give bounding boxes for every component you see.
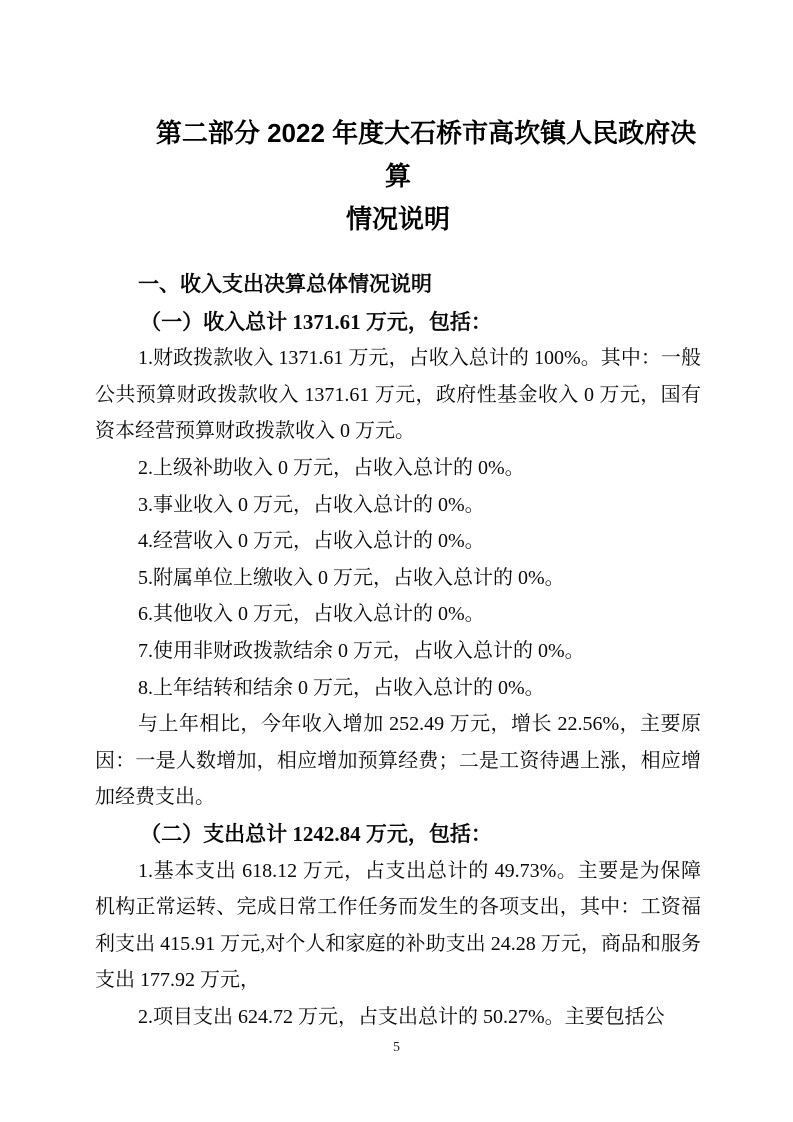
document-page: 第二部分 2022 年度大石桥市高坎镇人民政府决算 情况说明 一、收入支出决算总… xyxy=(0,0,793,1122)
paragraph-income-year-comparison: 与上年相比，今年收入增加 252.49 万元，增长 22.56%，主要原因：一是… xyxy=(95,706,701,816)
paragraph-income-item-2: 2.上级补助收入 0 万元，占收入总计的 0%。 xyxy=(95,450,701,487)
document-body: 一、收入支出决算总体情况说明 （一）收入总计 1371.61 万元，包括： 1.… xyxy=(95,267,701,1035)
paragraph-income-item-5: 5.附属单位上缴收入 0 万元，占收入总计的 0%。 xyxy=(95,560,701,597)
document-content: 第二部分 2022 年度大石桥市高坎镇人民政府决算 情况说明 一、收入支出决算总… xyxy=(95,112,701,1035)
paragraph-income-item-1: 1.财政拨款收入 1371.61 万元，占收入总计的 100%。其中：一般公共预… xyxy=(95,340,701,450)
paragraph-income-item-6: 6.其他收入 0 万元，占收入总计的 0%。 xyxy=(95,596,701,633)
paragraph-expenditure-item-1: 1.基本支出 618.12 万元，占支出总计的 49.73%。主要是为保障机构正… xyxy=(95,853,701,999)
document-title: 第二部分 2022 年度大石桥市高坎镇人民政府决算 情况说明 xyxy=(95,112,701,241)
subsection-heading-income-total: （一）收入总计 1371.61 万元，包括： xyxy=(95,304,701,341)
paragraph-income-item-8: 8.上年结转和结余 0 万元，占收入总计的 0%。 xyxy=(95,670,701,707)
document-title-line1: 第二部分 2022 年度大石桥市高坎镇人民政府决算 xyxy=(95,112,701,198)
paragraph-expenditure-item-2: 2.项目支出 624.72 万元，占支出总计的 50.27%。主要包括公 xyxy=(95,999,701,1036)
paragraph-income-item-7: 7.使用非财政拨款结余 0 万元，占收入总计的 0%。 xyxy=(95,633,701,670)
paragraph-income-item-4: 4.经营收入 0 万元，占收入总计的 0%。 xyxy=(95,523,701,560)
subsection-heading-expenditure-total: （二）支出总计 1242.84 万元，包括： xyxy=(95,816,701,853)
document-title-line2: 情况说明 xyxy=(95,198,701,241)
section-heading-overall: 一、收入支出决算总体情况说明 xyxy=(95,267,701,304)
paragraph-income-item-3: 3.事业收入 0 万元，占收入总计的 0%。 xyxy=(95,487,701,524)
page-number: 5 xyxy=(0,1040,793,1056)
